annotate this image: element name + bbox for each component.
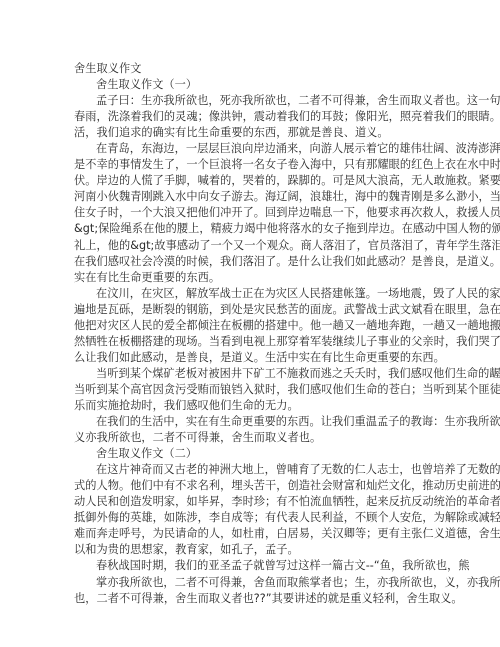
paragraph-line: 在这片神奇而又古老的神洲大地上，曾哺育了无数的仁人志士，也曾培养了无数的脊梁 (74, 462, 430, 478)
paragraph-line: 乐而实施抢劫时，我们感叹他们生命的无力。 (74, 398, 430, 414)
paragraph-line: 礼上，他的&gt;故事感动了一个又一个观众。商人落泪了，官员落泪了，青年学生落泪… (74, 238, 430, 254)
paragraph-line: 在我们感叹社会冷漠的时候，我们落泪了。是什么让我们如此感动？是善良，是道义。生活… (74, 254, 430, 270)
paragraph-line: 然牺牲在板棚搭建的现场。当看到电视上那穿着军装继续儿子事业的父亲时，我们哭了。是… (74, 334, 430, 350)
paragraph-line: 孟子曰：生亦我所欲也，死亦我所欲也，二者不可得兼，舍生而取义者也。这一句话像 (74, 93, 430, 109)
section-heading-1: 舍生取义作文（一） (74, 77, 430, 93)
paragraph-line: 当听到某个高官因贪污受贿而锒铛入狱时，我们感叹他们生命的苍白；当听到某个匪徒为了… (74, 382, 430, 398)
document-page: 舍生取义作文 舍生取义作文（一） 孟子曰：生亦我所欲也，死亦我所欲也，二者不可得… (0, 0, 500, 647)
paragraph-line: 义亦我所欲也，二者不可得兼，舍生而取义者也。 (74, 430, 430, 446)
paragraph-line: 动人民和创造发明家，如毕昇，李时珍；有不怕流血牺牲，起来反抗反动统治的革命者和坚… (74, 494, 430, 510)
paragraph-line: &gt;保险绳系在他的腰上，精疲力竭中他将落水的女子拖到岸边。在感动中国人物的颁… (74, 221, 430, 237)
paragraph-line: 是不幸的事情发生了，一个巨浪将一名女子卷入海中，只有那耀眼的红色上衣在水中时起时 (74, 157, 430, 173)
paragraph-line: 在我们的生活中，实在有生命更重要的东西。让我们重温孟子的教诲：生亦我所欲也， (74, 414, 430, 430)
paragraph-line: 在汶川，在灾区，解放军战士正在为灾区人民搭建帐篷。一场地震，毁了人民的家园。 (74, 286, 430, 302)
paragraph-line: 实在有比生命更重要的东西。 (74, 270, 430, 286)
paragraph-line: 抵御外侮的英雄，如陈涉，李自成等；有代表人民利益，不顾个人安危，为解除或减轻人民… (74, 510, 430, 526)
paragraph-line: 遍地是瓦砾，是断裂的钢筋，到处是灾民愁苦的面庞。武警战士武文斌看在眼里，急在心里… (74, 302, 430, 318)
paragraph-line: 在青岛，东海边，一层层巨浪向岸边涌来，向游人展示着它的雄伟壮阔、波涛澎湃。可 (74, 141, 430, 157)
document-title: 舍生取义作文 (74, 61, 430, 77)
paragraph-line: 伏。岸边的人慌了手脚，喊着的，哭着的，跺脚的。可是风大浪高，无人敢施救。紧要关头… (74, 173, 430, 189)
paragraph-line: 当听到某个煤矿老板对被困井下矿工不施救而逃之夭夭时，我们感叹他们生命的龌龊； (74, 366, 430, 382)
paragraph-line: 春雨，洗涤着我们的灵魂；像洪钟，震动着我们的耳鼓；像阳光，照亮着我们的眼睛。品位… (74, 109, 430, 125)
paragraph-line: 河南小伙魏青刚跳入水中向女子游去。海辽阔，浪雄壮，海中的魏青刚是多么渺小，当他刚… (74, 189, 430, 205)
paragraph-line: 以和为贵的思想家，教育家，如孔子，孟子。 (74, 542, 430, 558)
paragraph-line: 他把对灾区人民的爱全都倾注在板棚的搭建中。他一趟又一趟地奔跑，一趟又一趟地搬运，… (74, 318, 430, 334)
section-heading-2: 舍生取义作文（二） (74, 446, 430, 462)
paragraph-line: 么让我们如此感动，是善良，是道义。生活中实在有比生命更重要的东西。 (74, 350, 430, 366)
document-body: 舍生取义作文 舍生取义作文（一） 孟子曰：生亦我所欲也，死亦我所欲也，二者不可得… (74, 61, 430, 607)
paragraph-line: 式的人物。他们中有不求名利，埋头苦干，创造社会财富和灿烂文化，推动历史前进的广大… (74, 478, 430, 494)
paragraph-line: 掌亦我所欲也，二者不可得兼，舍鱼而取熊掌者也；生，亦我所欲也，义，亦我所欲 (74, 575, 430, 591)
paragraph-line: 春秋战国时期，我们的亚圣孟子就曾写过这样一篇古文--“鱼，我所欲也，熊 (74, 558, 430, 574)
paragraph-line: 难而奔走呼号，为民请命的人，如杜甫，白居易，关汉卿等；更有主张仁义道德，舍生取义… (74, 526, 430, 542)
paragraph-line: 也，二者不可得兼，舍生而取义者也??”其要讲述的就是重义轻利，舍生取义。 (74, 591, 430, 607)
paragraph-line: 住女子时，一个大浪又把他们冲开了。回到岸边喘息一下，他要求再次救人，救援人员只好… (74, 205, 430, 221)
paragraph-line: 活，我们追求的确实有比生命重要的东西，那就是善良、道义。 (74, 125, 430, 141)
